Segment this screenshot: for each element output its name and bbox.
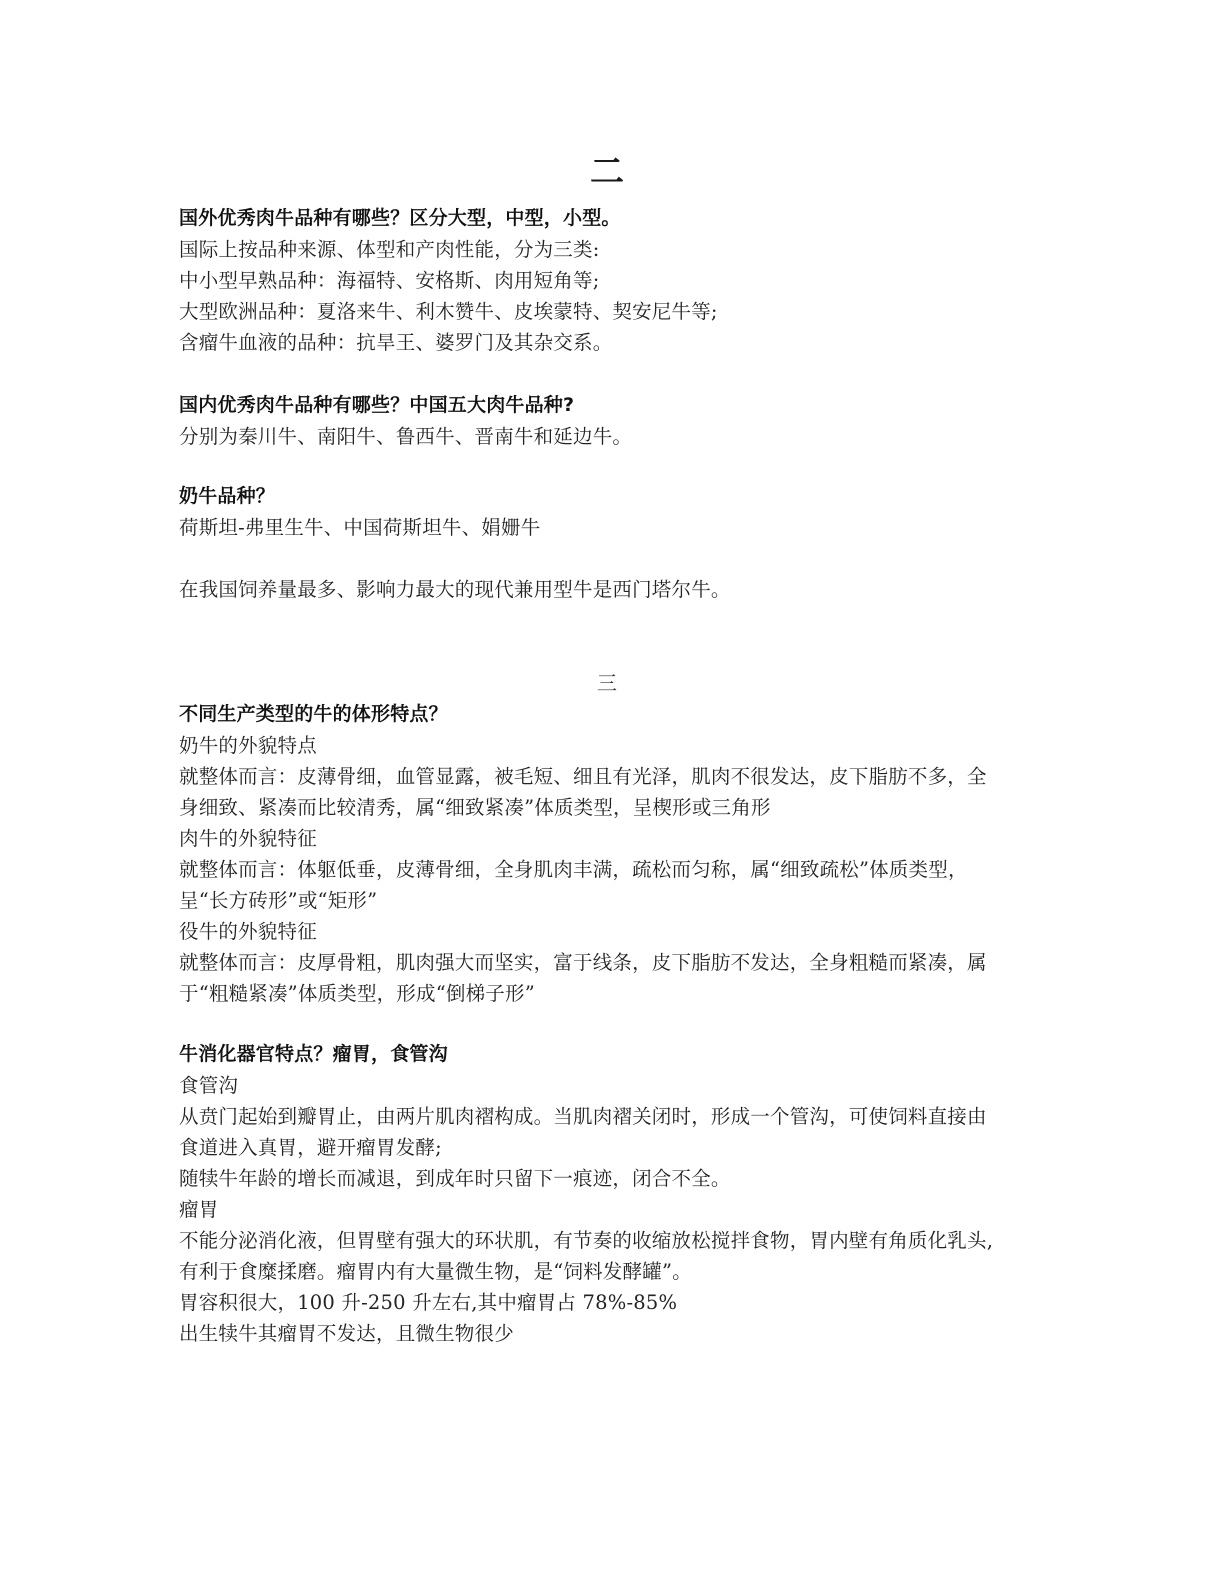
subheading-esophageal-groove: 食管沟 xyxy=(179,1070,1049,1101)
qa-domestic-beef-breeds: 国内优秀肉牛品种有哪些？中国五大肉牛品种? 分别为秦川牛、南阳牛、鲁西牛、晋南牛… xyxy=(179,390,1049,452)
answer-line: 就整体而言：皮薄骨细，血管显露，被毛短、细且有光泽，肌肉不很发达，皮下脂肪不多，… xyxy=(179,761,1049,792)
answer-line: 身细致、紧凑而比较清秀，属“细致紧凑”体质类型，呈楔形或三角形 xyxy=(179,792,1049,823)
document-page: 二 国外优秀肉牛品种有哪些？区分大型，中型，小型。 国际上按品种来源、体型和产肉… xyxy=(0,0,1224,1584)
answer-line: 中小型早熟品种：海福特、安格斯、肉用短角等; xyxy=(179,265,1049,296)
answer-line: 于“粗糙紧凑”体质类型，形成“倒梯子形” xyxy=(179,978,1049,1009)
qa-foreign-beef-breeds: 国外优秀肉牛品种有哪些？区分大型，中型，小型。 国际上按品种来源、体型和产肉性能… xyxy=(179,203,1049,358)
answer-line: 有利于食糜揉磨。瘤胃内有大量微生物，是“饲料发酵罐”。 xyxy=(179,1256,1049,1287)
answer-line: 不能分泌消化液，但胃壁有强大的环状肌，有节奏的收缩放松搅拌食物，胃内壁有角质化乳… xyxy=(179,1225,1049,1256)
note-line: 在我国饲养量最多、影响力最大的现代兼用型牛是西门塔尔牛。 xyxy=(179,574,1049,605)
answer-line: 含瘤牛血液的品种：抗旱王、婆罗门及其杂交系。 xyxy=(179,327,1049,358)
answer-line: 荷斯坦-弗里生牛、中国荷斯坦牛、娟姗牛 xyxy=(179,512,1049,543)
subheading-beef: 肉牛的外貌特征 xyxy=(179,823,1049,854)
subheading-draft: 役牛的外貌特征 xyxy=(179,916,1049,947)
answer-line: 随犊牛年龄的增长而减退，到成年时只留下一痕迹，闭合不全。 xyxy=(179,1163,1049,1194)
answer-line: 就整体而言：体躯低垂，皮薄骨细，全身肌肉丰满，疏松而匀称，属“细致疏松”体质类型… xyxy=(179,854,1049,885)
question-heading: 国内优秀肉牛品种有哪些？中国五大肉牛品种? xyxy=(179,390,1049,421)
answer-line: 从贲门起始到瓣胃止，由两片肌肉褶构成。当肌肉褶关闭时，形成一个管沟，可使饲料直接… xyxy=(179,1101,1049,1132)
subheading-rumen: 瘤胃 xyxy=(179,1194,1049,1225)
simmental-note: 在我国饲养量最多、影响力最大的现代兼用型牛是西门塔尔牛。 xyxy=(179,574,1049,605)
answer-line: 胃容积很大，100 升-250 升左右,其中瘤胃占 78%-85% xyxy=(179,1287,1049,1318)
subheading-dairy: 奶牛的外貌特点 xyxy=(179,730,1049,761)
question-heading: 牛消化器官特点？瘤胃，食管沟 xyxy=(179,1039,1049,1070)
section-heading-three: 三 xyxy=(0,668,1214,698)
question-heading: 不同生产类型的牛的体形特点？ xyxy=(179,699,1049,730)
qa-cattle-body-types: 不同生产类型的牛的体形特点？ 奶牛的外貌特点 就整体而言：皮薄骨细，血管显露，被… xyxy=(179,699,1049,1009)
answer-line: 就整体而言：皮厚骨粗，肌肉强大而坚实，富于线条，皮下脂肪不发达，全身粗糙而紧凑，… xyxy=(179,947,1049,978)
answer-line: 大型欧洲品种：夏洛来牛、利木赞牛、皮埃蒙特、契安尼牛等; xyxy=(179,296,1049,327)
answer-line: 呈“长方砖形”或“矩形” xyxy=(179,885,1049,916)
question-heading: 国外优秀肉牛品种有哪些？区分大型，中型，小型。 xyxy=(179,203,1049,234)
section-heading-two: 二 xyxy=(0,152,1214,192)
qa-dairy-breeds: 奶牛品种？ 荷斯坦-弗里生牛、中国荷斯坦牛、娟姗牛 xyxy=(179,481,1049,543)
answer-line: 分别为秦川牛、南阳牛、鲁西牛、晋南牛和延边牛。 xyxy=(179,421,1049,452)
answer-line: 国际上按品种来源、体型和产肉性能，分为三类: xyxy=(179,234,1049,265)
answer-line: 出生犊牛其瘤胃不发达，且微生物很少 xyxy=(179,1318,1049,1349)
qa-digestive-organs: 牛消化器官特点？瘤胃，食管沟 食管沟 从贲门起始到瓣胃止，由两片肌肉褶构成。当肌… xyxy=(179,1039,1049,1349)
answer-line: 食道进入真胃，避开瘤胃发酵; xyxy=(179,1132,1049,1163)
question-heading: 奶牛品种？ xyxy=(179,481,1049,512)
